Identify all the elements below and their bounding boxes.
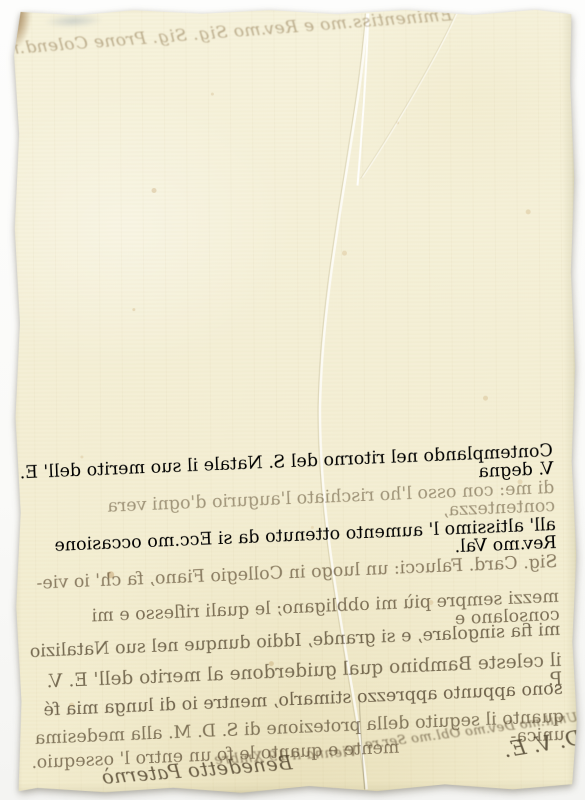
letter-body-mirrored: Contemplando nel ritorno del S. Natale i… (19, 441, 566, 793)
foxing-spots (9, 8, 12, 11)
address-line-mirrored: Eminentiss.mo e Rev.mo Sig. Sig. Prone C… (116, 5, 455, 77)
scanner-background: Eminentiss.mo e Rev.mo Sig. Sig. Prone C… (0, 0, 585, 800)
paper-surface: Eminentiss.mo e Rev.mo Sig. Sig. Prone C… (9, 4, 580, 796)
faint-stamp-smudge (45, 13, 101, 28)
letter-sheet: Eminentiss.mo e Rev.mo Sig. Sig. Prone C… (9, 4, 580, 796)
